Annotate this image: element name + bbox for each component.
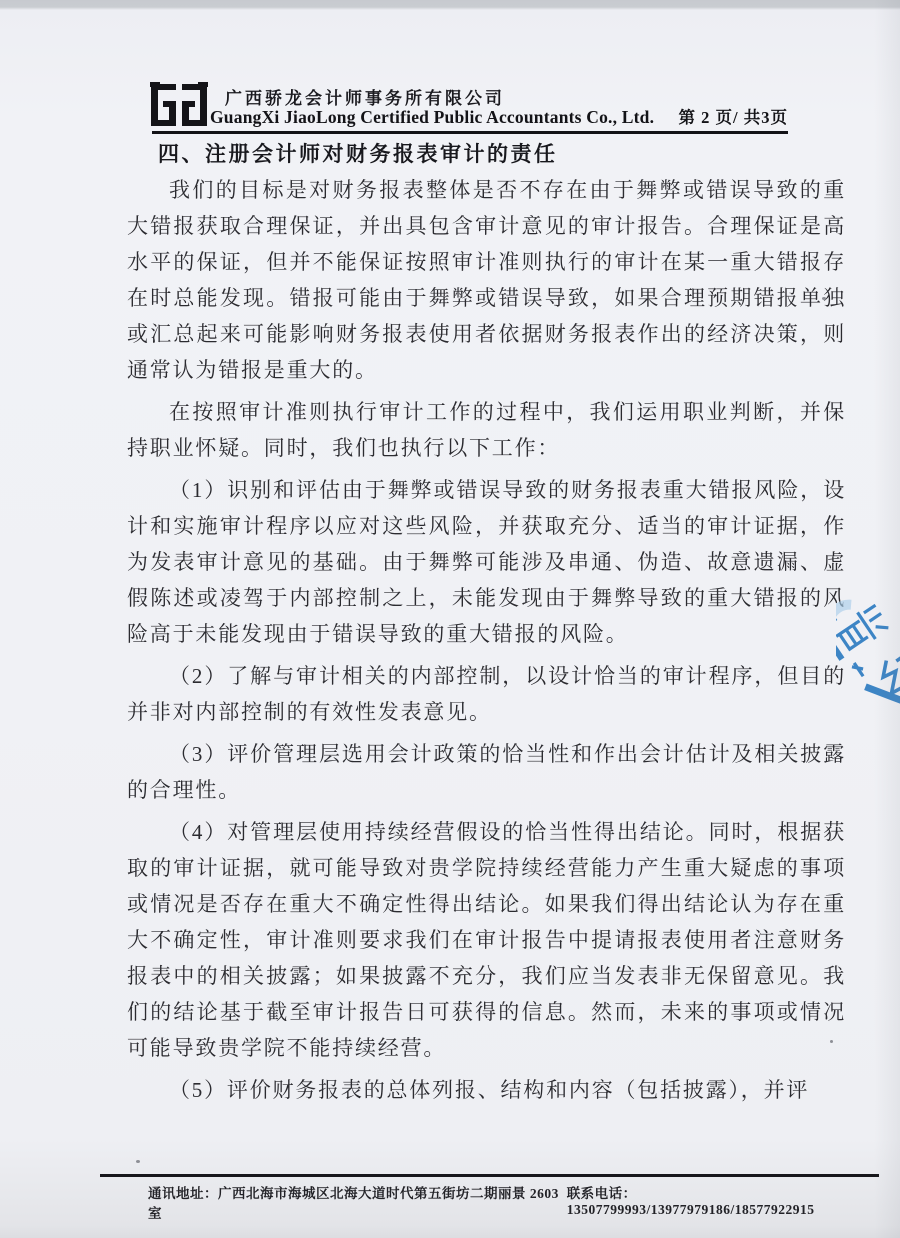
paragraph-professional-judgment: 在按照审计准则执行审计工作的过程中，我们运用职业判断，并保持职业怀疑。同时，我们… <box>127 394 846 466</box>
paragraph-item-5-truncated: （5）评价财务报表的总体列报、结构和内容（包括披露），并评 <box>127 1072 846 1108</box>
footer-rule <box>100 1174 879 1177</box>
scanned-document-page: 广西骄龙会计师事务所有限公司 GuangXi JiaoLong Certifie… <box>0 0 900 1238</box>
document-body: 我们的目标是对财务报表整体是否不存在由于舞弊或错误导致的重大错报获取合理保证，并… <box>127 172 846 1114</box>
footer-address: 通讯地址：广西北海市海城区北海大道时代第五街坊二期丽景 2603 室 <box>148 1182 567 1222</box>
paragraph-item-1: （1）识别和评估由于舞弊或错误导致的财务报表重大错报风险，设计和实施审计程序以应… <box>127 472 846 652</box>
paragraph-item-3: （3）评价管理层选用会计政策的恰当性和作出会计估计及相关披露的合理性。 <box>127 736 846 808</box>
blue-seal-fragment-icon <box>836 582 900 752</box>
scan-speck <box>822 297 826 300</box>
footer-phone: 联系电话：13507799993/13977979186/18577922915 <box>567 1182 877 1222</box>
header-rule: GuangXi JiaoLong Certified Public Accoun… <box>152 104 788 134</box>
scan-speck <box>136 1160 140 1163</box>
footer: 通讯地址：广西北海市海城区北海大道时代第五街坊二期丽景 2603 室 联系电话：… <box>100 1182 879 1222</box>
company-name-english: GuangXi JiaoLong Certified Public Accoun… <box>210 107 654 128</box>
paragraph-objective: 我们的目标是对财务报表整体是否不存在由于舞弊或错误导致的重大错报获取合理保证，并… <box>127 172 846 388</box>
scan-speck <box>830 1040 833 1043</box>
paragraph-item-4: （4）对管理层使用持续经营假设的恰当性得出结论。同时，根据获取的审计证据，就可能… <box>127 814 846 1066</box>
section-title: 四、注册会计师对财务报表审计的责任 <box>158 138 558 168</box>
page-indicator: 第 2 页/ 共3页 <box>679 104 788 128</box>
paragraph-item-2: （2）了解与审计相关的内部控制，以设计恰当的审计程序，但目的并非对内部控制的有效… <box>127 658 846 730</box>
